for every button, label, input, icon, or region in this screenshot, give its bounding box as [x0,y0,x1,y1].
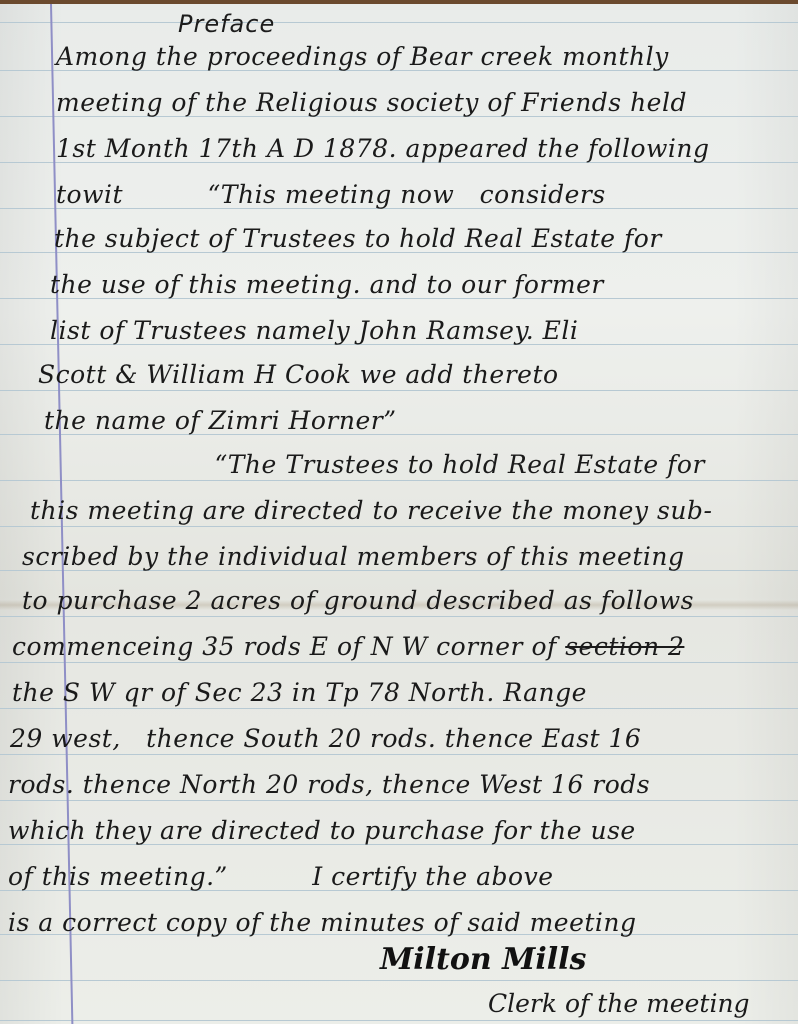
text-line-2: meeting of the Religious society of Frie… [56,88,687,117]
ruled-line [0,800,798,801]
text-line-7: list of Trustees namely John Ramsey. Eli [50,316,578,345]
text-line-5: the subject of Trustees to hold Real Est… [54,224,662,253]
ruled-line [0,616,798,617]
text-line-8: Scott & William H Cook we add thereto [38,360,559,389]
text-line-11: this meeting are directed to receive the… [30,496,712,525]
struck-text: section 2 [565,632,684,661]
ruled-line [0,708,798,709]
ruled-line [0,754,798,755]
text-line-3: 1st Month 17th A D 1878. appeared the fo… [56,134,710,163]
text-line-6: the use of this meeting. and to our form… [50,270,604,299]
ruled-line [0,1020,798,1021]
ruled-line [0,980,798,981]
ruled-line [0,22,798,23]
handwritten-letter-page: Preface Among the proceedings of Bear cr… [0,4,798,1024]
ruled-line [0,480,798,481]
text-line-12: scribed by the individual members of thi… [22,542,685,571]
signature-title: Clerk of the meeting [488,989,750,1018]
text-line-17: rods. thence North 20 rods, thence West … [8,770,650,799]
signature: Milton Mills [380,942,586,977]
text-line-4: towit “This meeting now considers [56,180,606,209]
ruled-line [0,662,798,663]
ruled-line [0,526,798,527]
ruled-line [0,390,798,391]
text-line-15: the S W qr of Sec 23 in Tp 78 North. Ran… [12,678,587,707]
text-line-13: to purchase 2 acres of ground described … [22,586,694,615]
text-line-14: commenceing 35 rods E of N W corner of s… [12,632,684,661]
text-line-20: is a correct copy of the minutes of said… [8,908,637,937]
text-line-14-content: commenceing 35 rods E of N W corner of [12,632,557,661]
text-line-19: of this meeting.” I certify the above [8,862,554,891]
text-line-9: the name of Zimri Horner” [44,406,397,435]
text-line-16: 29 west, thence South 20 rods. thence Ea… [10,724,641,753]
page-title: Preface [178,10,275,38]
text-line-18: which they are directed to purchase for … [8,816,636,845]
text-line-1: Among the proceedings of Bear creek mont… [56,42,669,71]
text-line-10: “The Trustees to hold Real Estate for [130,450,705,479]
